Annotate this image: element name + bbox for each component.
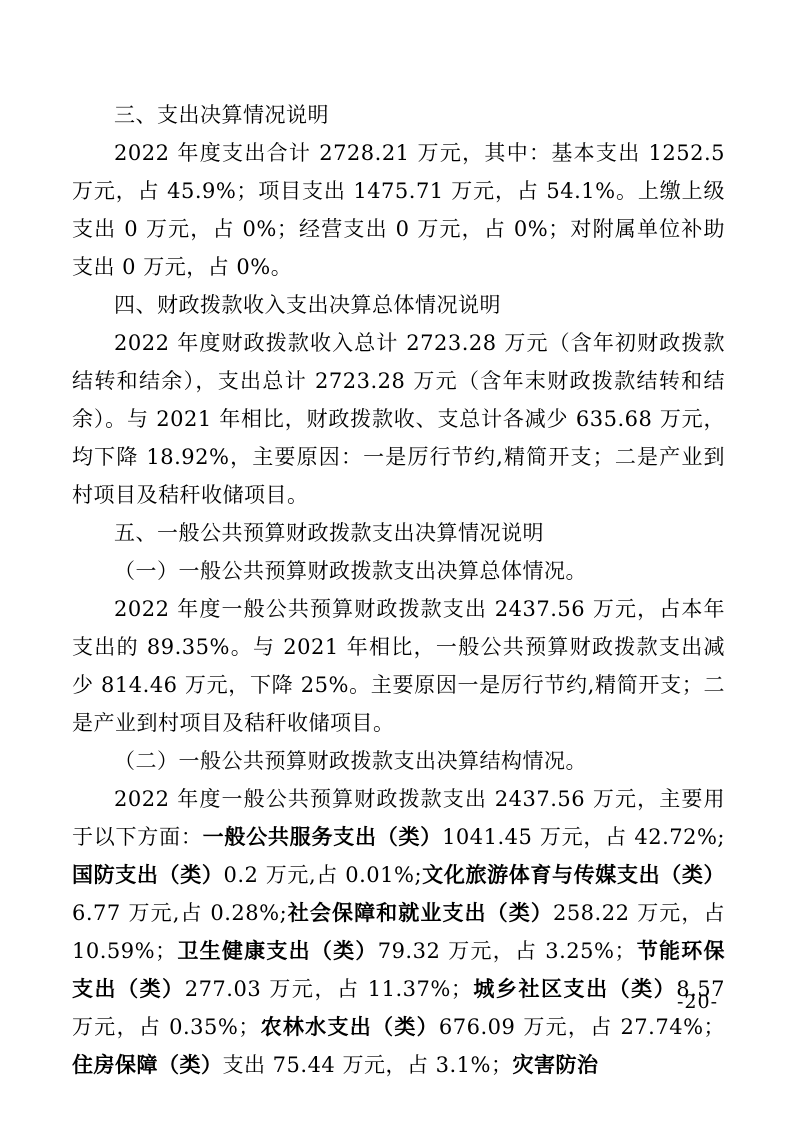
section-heading-fiscal-appropriation-overview: 四、财政拨款收入支出决算总体情况说明 (72, 286, 725, 324)
segment-category-general-public-services: 一般公共服务支出（类） (203, 825, 442, 849)
segment-value-housing-security: 支出 75.44 万元，占 3.1%； (223, 1053, 513, 1077)
document-page: 三、支出决算情况说明 2022 年度支出合计 2728.21 万元，其中：基本支… (0, 0, 793, 1122)
segment-category-health: 卫生健康支出（类） (177, 939, 378, 963)
segment-value-health: 79.32 万元，占 3.25%； (378, 939, 636, 963)
segment-value-agriculture-forestry-water: 676.09 万元，占 27.74%； (439, 1015, 725, 1039)
subsection-heading-overall-situation: （一）一般公共预算财政拨款支出决算总体情况。 (72, 552, 725, 590)
segment-value-culture-tourism-media: 6.77 万元,占 0.28%; (72, 901, 287, 925)
paragraph-fiscal-appropriation-summary: 2022 年度财政拨款收入总计 2723.28 万元（含年初财政拨款结转和结余）… (72, 324, 725, 514)
segment-category-urban-rural-community: 城乡社区支出（类） (472, 977, 676, 1001)
segment-value-general-public-services: 1041.45 万元，占 42.72%; (442, 825, 725, 849)
section-heading-general-public-budget: 五、一般公共预算财政拨款支出决算情况说明 (72, 514, 725, 552)
segment-category-national-defense: 国防支出（类） (72, 863, 223, 887)
document-body: 三、支出决算情况说明 2022 年度支出合计 2728.21 万元，其中：基本支… (72, 96, 725, 1084)
subsection-heading-structure-situation: （二）一般公共预算财政拨款支出决算结构情况。 (72, 742, 725, 780)
segment-value-energy-conservation: 277.03 万元，占 11.37%； (185, 977, 473, 1001)
segment-category-housing-security: 住房保障（类） (72, 1053, 223, 1077)
page-number: -20- (677, 991, 718, 1013)
paragraph-overall-situation: 2022 年度一般公共预算财政拨款支出 2437.56 万元，占本年支出的 89… (72, 590, 725, 742)
segment-value-national-defense: 0.2 万元,占 0.01%; (223, 863, 422, 887)
segment-category-culture-tourism-media: 文化旅游体育与传媒支出（类） (422, 863, 725, 887)
section-heading-expenditure-final-accounts: 三、支出决算情况说明 (72, 96, 725, 134)
segment-category-disaster-prevention: 灾害防治 (513, 1053, 599, 1077)
paragraph-expenditure-summary: 2022 年度支出合计 2728.21 万元，其中：基本支出 1252.5 万元… (72, 134, 725, 286)
segment-category-agriculture-forestry-water: 农林水支出（类） (260, 1015, 439, 1039)
paragraph-structure-breakdown: 2022 年度一般公共预算财政拨款支出 2437.56 万元，主要用于以下方面：… (72, 780, 725, 1084)
segment-category-social-security-employment: 社会保障和就业支出（类） (287, 901, 553, 925)
